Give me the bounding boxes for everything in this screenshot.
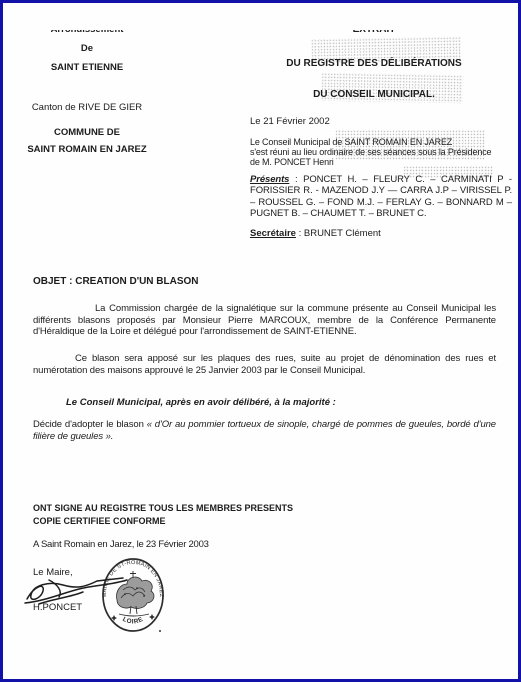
faded-stamp-mark bbox=[311, 37, 461, 64]
deliberation-line: Le Conseil Municipal, après en avoir dél… bbox=[66, 397, 336, 408]
arrondissement-city: SAINT ETIENNE bbox=[17, 62, 157, 73]
commune-label: COMMUNE DE bbox=[17, 127, 157, 138]
session-intro-line: s'est réuni au lieu ordinaire de ses séa… bbox=[250, 147, 514, 157]
decision-paragraph: Décide d'adopter le blason « d'Or au pom… bbox=[33, 419, 496, 442]
stamp-star-icon bbox=[149, 614, 155, 620]
decision-prefix: Décide d'adopter le blason bbox=[33, 419, 147, 430]
presents-label: Présents bbox=[250, 174, 289, 185]
footer-copy-line: COPIE CERTIFIEE CONFORME bbox=[33, 516, 166, 526]
objet-heading: OBJET : CREATION D'UN BLASON bbox=[33, 276, 199, 287]
presents-paragraph: Présents : PONCET H. – FLEURY C. – CARMI… bbox=[250, 174, 512, 219]
mayor-signature-icon bbox=[19, 573, 143, 613]
secretary-line: Secrétaire : BRUNET Clément bbox=[250, 228, 514, 239]
session-intro-line: Le Conseil Municipal de SAINT ROMAIN EN … bbox=[250, 137, 514, 147]
title-extrait: EXTRAIT bbox=[259, 30, 489, 36]
faded-stamp-mark bbox=[321, 73, 463, 103]
arrondissement-de: De bbox=[17, 43, 157, 54]
presents-list: : PONCET H. – FLEURY C. – CARMINATI P - … bbox=[250, 174, 512, 219]
canton-label: Canton de RIVE DE GIER bbox=[17, 102, 157, 113]
footer-signed-line: ONT SIGNE AU REGISTRE TOUS LES MEMBRES P… bbox=[33, 503, 293, 513]
ink-dot bbox=[159, 630, 161, 632]
secretary-label: Secrétaire bbox=[250, 228, 296, 239]
arrondissement-label: Arrondissement bbox=[17, 30, 157, 36]
paragraph-commission: La Commission chargée de la signalétique… bbox=[33, 303, 496, 338]
session-intro-line: de M. PONCET Henri bbox=[250, 157, 514, 167]
footer-place-date: A Saint Romain en Jarez, le 23 Février 2… bbox=[33, 539, 209, 550]
secretary-name: : BRUNET Clément bbox=[296, 228, 381, 239]
session-intro: Le Conseil Municipal de SAINT ROMAIN EN … bbox=[250, 137, 514, 167]
svg-text:LOIRE: LOIRE bbox=[121, 616, 144, 626]
stamp-bottom-text: LOIRE bbox=[121, 616, 144, 626]
session-date: Le 21 Février 2002 bbox=[250, 116, 514, 127]
document-page: Arrondissement De SAINT ETIENNE Canton d… bbox=[0, 0, 521, 682]
commune-name: SAINT ROMAIN EN JAREZ bbox=[17, 144, 157, 155]
paragraph-plaques-rues: Ce blason sera apposé sur les plaques de… bbox=[33, 353, 496, 376]
